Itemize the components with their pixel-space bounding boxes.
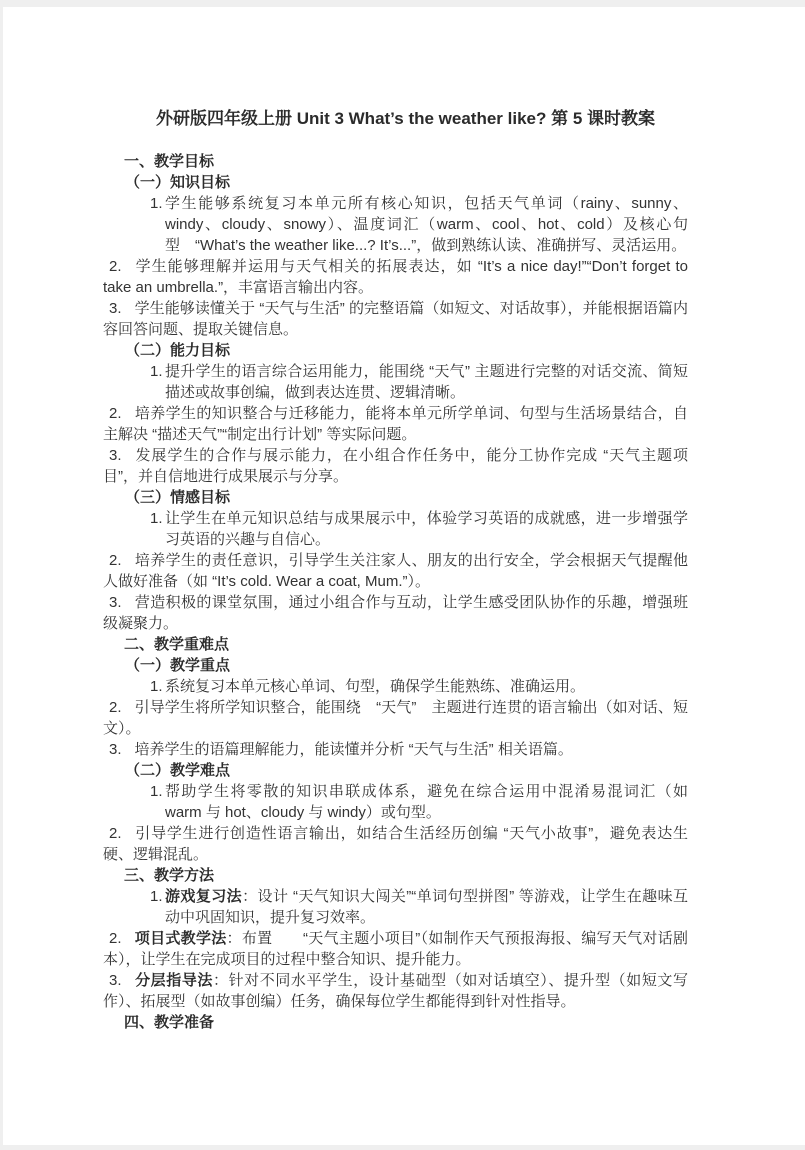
list-number: 2. [109, 552, 122, 569]
document-page: 外研版四年级上册 Unit 3 What’s the weather like?… [3, 7, 805, 1145]
body-text: 学生能够系统复习本单元所有核心知识，包括天气单词（rainy、sunny、win… [165, 195, 688, 254]
body-text: 系统复习本单元核心单词、句型，确保学生能熟练、准确运用。 [165, 678, 585, 695]
section-heading-1: 一、教学目标 [103, 151, 688, 172]
bold-text: 项目式教学法 [135, 930, 227, 947]
document-content: 外研版四年级上册 Unit 3 What’s the weather like?… [103, 107, 688, 1033]
list-number: 2. [109, 930, 122, 947]
subsection-heading-knowledge: （一）知识目标 [103, 172, 688, 193]
bold-text: 二、教学重难点 [124, 636, 229, 653]
bold-text: （一）教学重点 [125, 657, 230, 674]
bold-text: （二）教学难点 [125, 762, 230, 779]
list-number: 3. [109, 594, 122, 611]
body-text: 引导学生将所学知识整合，能围绕 “天气” 主题进行连贯的语言输出（如对话、短文）… [103, 699, 688, 737]
bold-text: 游戏复习法 [165, 888, 242, 905]
list-number: 2. [109, 405, 122, 422]
body-text: 学生能够理解并运用与天气相关的拓展表达，如 “It’s a nice day!”… [103, 258, 688, 296]
paragraph: 3.培养学生的语篇理解能力，能读懂并分析 “天气与生活” 相关语篇。 [103, 739, 688, 760]
body-text: 培养学生的语篇理解能力，能读懂并分析 “天气与生活” 相关语篇。 [135, 741, 573, 758]
list-number: 3. [109, 972, 122, 989]
list-number: 1. [150, 193, 163, 214]
paragraph: 2.学生能够理解并运用与天气相关的拓展表达，如 “It’s a nice day… [103, 256, 688, 298]
section-heading-3: 三、教学方法 [103, 865, 688, 886]
subsection-heading-ability: （二）能力目标 [103, 340, 688, 361]
paragraph: 3.学生能够读懂关于 “天气与生活” 的完整语篇（如短文、对话故事），并能根据语… [103, 298, 688, 340]
list-number: 2. [109, 258, 122, 275]
section-heading-4: 四、教学准备 [103, 1012, 688, 1033]
list-item: 1.系统复习本单元核心单词、句型，确保学生能熟练、准确运用。 [103, 676, 688, 697]
list-number: 1. [150, 361, 163, 382]
subsection-heading-difficulties: （二）教学难点 [103, 760, 688, 781]
list-item: 1.提升学生的语言综合运用能力，能围绕 “天气” 主题进行完整的对话交流、简短描… [103, 361, 688, 403]
bold-text: （三）情感目标 [125, 489, 230, 506]
bold-text: （一）知识目标 [125, 174, 230, 191]
body-text: ：设计 “天气知识大闯关”“单词句型拼图” 等游戏，让学生在趣味互动中巩固知识，… [165, 888, 688, 926]
list-number: 1. [150, 886, 163, 907]
paragraph: 3.分层指导法：针对不同水平学生，设计基础型（如对话填空）、提升型（如短文写作）… [103, 970, 688, 1012]
bold-text: 分层指导法 [135, 972, 214, 989]
list-item: 1.游戏复习法：设计 “天气知识大闯关”“单词句型拼图” 等游戏，让学生在趣味互… [103, 886, 688, 928]
bold-text: 三、教学方法 [124, 867, 214, 884]
paragraph: 3.发展学生的合作与展示能力，在小组合作任务中，能分工协作完成 “天气主题项目”… [103, 445, 688, 487]
list-item: 1.学生能够系统复习本单元所有核心知识，包括天气单词（rainy、sunny、w… [103, 193, 688, 256]
body-text: 帮助学生将零散的知识串联成体系，避免在综合运用中混淆易混词汇（如 warm 与 … [165, 783, 718, 821]
list-number: 3. [109, 447, 122, 464]
body-text: 营造积极的课堂氛围，通过小组合作与互动，让学生感受团队协作的乐趣，增强班级凝聚力… [103, 594, 688, 632]
bold-text: （二）能力目标 [125, 342, 230, 359]
subsection-heading-keypoints: （一）教学重点 [103, 655, 688, 676]
subsection-heading-emotion: （三）情感目标 [103, 487, 688, 508]
section-heading-2: 二、教学重难点 [103, 634, 688, 655]
list-number: 1. [150, 781, 163, 802]
bold-text: 四、教学准备 [124, 1014, 214, 1031]
paragraph: 2.项目式教学法：布置 “天气主题小项目”（如制作天气预报海报、编写天气对话剧本… [103, 928, 688, 970]
body-text: 提升学生的语言综合运用能力，能围绕 “天气” 主题进行完整的对话交流、简短描述或… [165, 363, 688, 401]
list-item: 1.帮助学生将零散的知识串联成体系，避免在综合运用中混淆易混词汇（如 warm … [103, 781, 688, 823]
list-item: 1.让学生在单元知识总结与成果展示中，体验学习英语的成就感，进一步增强学习英语的… [103, 508, 688, 550]
paragraph: 2.培养学生的责任意识，引导学生关注家人、朋友的出行安全，学会根据天气提醒他人做… [103, 550, 688, 592]
body-text: 让学生在单元知识总结与成果展示中，体验学习英语的成就感，进一步增强学习英语的兴趣… [165, 510, 688, 548]
paragraph: 2.引导学生将所学知识整合，能围绕 “天气” 主题进行连贯的语言输出（如对话、短… [103, 697, 688, 739]
list-number: 1. [150, 676, 163, 697]
list-number: 3. [109, 741, 122, 758]
list-number: 3. [109, 300, 122, 317]
list-number: 2. [109, 699, 122, 716]
body-text: 培养学生的责任意识，引导学生关注家人、朋友的出行安全，学会根据天气提醒他人做好准… [103, 552, 688, 590]
list-number: 1. [150, 508, 163, 529]
bold-text: 一、教学目标 [124, 153, 214, 170]
body-text: 引导学生进行创造性语言输出，如结合生活经历创编 “天气小故事”，避免表达生硬、逻… [103, 825, 688, 863]
body-text: 培养学生的知识整合与迁移能力，能将本单元所学单词、句型与生活场景结合，自主解决 … [103, 405, 688, 443]
document-body: 一、教学目标（一）知识目标1.学生能够系统复习本单元所有核心知识，包括天气单词（… [103, 151, 688, 1033]
body-text: 发展学生的合作与展示能力，在小组合作任务中，能分工协作完成 “天气主题项目”，并… [103, 447, 688, 485]
document-title: 外研版四年级上册 Unit 3 What’s the weather like?… [113, 107, 698, 131]
paragraph: 2.引导学生进行创造性语言输出，如结合生活经历创编 “天气小故事”，避免表达生硬… [103, 823, 688, 865]
paragraph: 3.营造积极的课堂氛围，通过小组合作与互动，让学生感受团队协作的乐趣，增强班级凝… [103, 592, 688, 634]
paragraph: 2.培养学生的知识整合与迁移能力，能将本单元所学单词、句型与生活场景结合，自主解… [103, 403, 688, 445]
body-text: 学生能够读懂关于 “天气与生活” 的完整语篇（如短文、对话故事），并能根据语篇内… [103, 300, 688, 338]
list-number: 2. [109, 825, 122, 842]
